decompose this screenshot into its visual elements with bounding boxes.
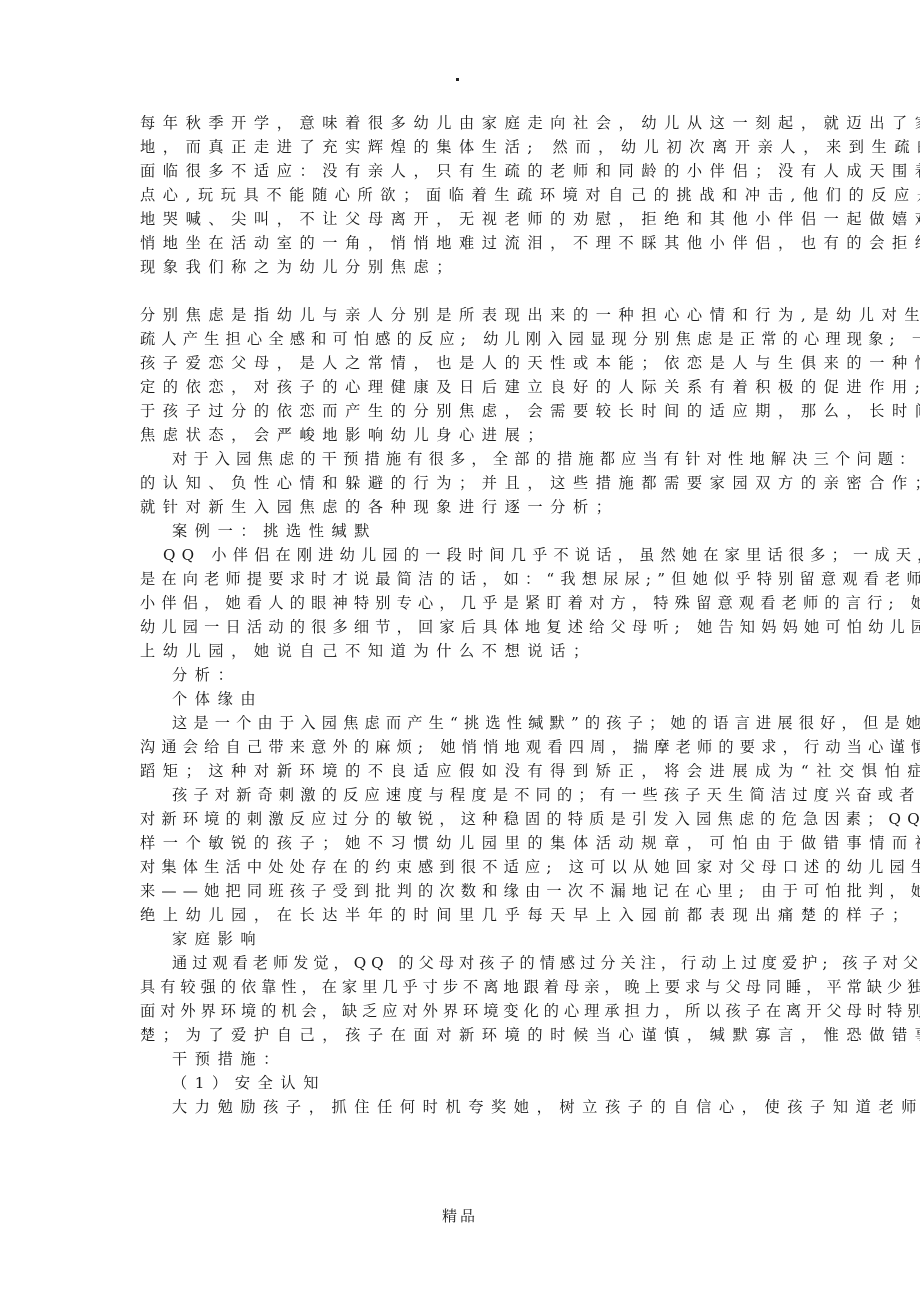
text-line: 通过观看老师发觉，QQ 的父母对孩子的情感过分关注，行动上过度爱护; 孩子对父母: [140, 951, 782, 975]
text-line: 地，而真正走进了充实辉煌的集体生活; 然而，幼儿初次离开亲人，来到生疏的幼儿园，…: [140, 135, 782, 159]
text-line: 这是一个由于入园焦虑而产生“挑选性缄默”的孩子；她的语言进展很好，但是她担忧: [140, 711, 782, 735]
paragraph-case-description: QQ 小伴侣在刚进幼儿园的一段时间几乎不说话，虽然她在家里话很多；一成天，她只 …: [140, 543, 782, 663]
text-line: 现象我们称之为幼儿分别焦虑；: [140, 255, 782, 279]
text-line: 面对外界环境的机会，缺乏应对外界环境变化的心理承担力，所以孩子在离开父母时特别痛: [140, 999, 782, 1023]
document-body: 每年秋季开学，意味着很多幼儿由家庭走向社会，幼儿从这一刻起，就迈出了家庭的狭小天…: [140, 111, 782, 1119]
text-line: 沟通会给自己带来意外的麻烦; 她悄悄地观看四周，揣摩老师的要求，行动当心谨慎，循…: [140, 735, 782, 759]
text-line: 定的依恋，对孩子的心理健康及日后建立良好的人际关系有着积极的促进作用; 但是假如…: [140, 375, 782, 399]
text-line: 分别焦虑是指幼儿与亲人分别是所表现出来的一种担心心情和行为,是幼儿对生疏环境和生: [140, 303, 782, 327]
text-line: 面临很多不适应：没有亲人，只有生疏的老师和同龄的小伴侣；没有人成天围着自己转；吃: [140, 159, 782, 183]
intervention-label: 干预措施：: [140, 1047, 782, 1071]
text-line: 幼儿园一日活动的很多细节，回家后具体地复述给父母听; 她告知妈妈她可怕幼儿园，不…: [140, 615, 782, 639]
text-line: 疏人产生担心全感和可怕感的反应; 幼儿刚入园显现分别焦虑是正常的心理现象; 一般…: [140, 327, 782, 351]
paragraph-definition: 分别焦虑是指幼儿与亲人分别是所表现出来的一种担心心情和行为,是幼儿对生疏环境和生…: [140, 303, 782, 447]
paragraph-family-influence: 通过观看老师发觉，QQ 的父母对孩子的情感过分关注，行动上过度爱护; 孩子对父母…: [140, 951, 782, 1047]
measure-1-text: 大力勉励孩子，抓住任何时机夸奖她，树立孩子的自信心，使孩子知道老师喜爱她；: [140, 1095, 782, 1119]
text-line: 是在向老师提要求时才说最简洁的话，如：“我想尿尿;”但她似乎特别留意观看老师和别…: [140, 567, 782, 591]
text-line: 点心,玩玩具不能随心所欲；面临着生疏环境对自己的挑战和冲击,他们的反应是哭闹，拼…: [140, 183, 782, 207]
text-line: 的认知、负性心情和躲避的行为；并且，这些措施都需要家园双方的亲密合作；下面，笔者: [140, 471, 782, 495]
document-page: 每年秋季开学，意味着很多幼儿由家庭走向社会，幼儿从这一刻起，就迈出了家庭的狭小天…: [0, 0, 920, 1302]
text-line: 就针对新生入园焦虑的各种现象进行逐一分析；: [140, 495, 782, 519]
header-mark: [456, 78, 459, 81]
text-line: 对于入园焦虑的干预措施有很多，全部的措施都应当有针对性地解决三个问题：担心全: [140, 447, 782, 471]
individual-cause-label: 个体缘由: [140, 687, 782, 711]
text-line: 焦虑状态，会严峻地影响幼儿身心进展；: [140, 423, 782, 447]
text-line: 悄地坐在活动室的一角，悄悄地难过流泪，不理不睬其他小伴侣，也有的会拒绝进食; 这…: [140, 231, 782, 255]
analysis-label: 分析：: [140, 663, 782, 687]
text-line: 地哭喊、尖叫，不让父母离开，无视老师的劝慰，拒绝和其他小伴侣一起做嬉戏; 或者会…: [140, 207, 782, 231]
text-line: 蹈矩；这种对新环境的不良适应假如没有得到矫正，将会进展成为“社交惧怕症”；: [140, 759, 782, 783]
text-line: QQ 小伴侣在刚进幼儿园的一段时间几乎不说话，虽然她在家里话很多；一成天，她只: [140, 543, 782, 567]
text-line: 对集体生活中处处存在的约束感到很不适应; 这可以从她回家对父母口述的幼儿园生活看…: [140, 855, 782, 879]
text-line: 孩子爱恋父母，是人之常情，也是人的天性或本能；依恋是人与生俱来的一种情感表现；肯: [140, 351, 782, 375]
paragraph-intro: 每年秋季开学，意味着很多幼儿由家庭走向社会，幼儿从这一刻起，就迈出了家庭的狭小天…: [140, 111, 782, 279]
text-line: 每年秋季开学，意味着很多幼儿由家庭走向社会，幼儿从这一刻起，就迈出了家庭的狭小天: [140, 111, 782, 135]
measure-1-label: （1）安全认知: [140, 1071, 782, 1095]
family-influence-label: 家庭影响: [140, 927, 782, 951]
paragraph-temperament: 孩子对新奇刺激的反应速度与程度是不同的；有一些孩子天生简洁过度兴奋或者退缩， 对…: [140, 783, 782, 927]
footer-label: 精品: [0, 1205, 920, 1226]
case-title: 案例一：挑选性缄默: [140, 519, 782, 543]
text-line: 小伴侣，她看人的眼神特别专心，几乎是紧盯着对方，特殊留意观看老师的言行; 她会记…: [140, 591, 782, 615]
text-line: 于孩子过分的依恋而产生的分别焦虑，会需要较长时间的适应期，那么，长时间处于消极的: [140, 399, 782, 423]
text-line: 对新环境的刺激反应过分的敏锐，这种稳固的特质是引发入园焦虑的危急因素；QQ 就是…: [140, 807, 782, 831]
text-line: 上幼儿园，她说自己不知道为什么不想说话；: [140, 639, 782, 663]
text-line: 楚；为了爱护自己，孩子在面对新环境的时候当心谨慎，缄默寡言，惟恐做错事情；: [140, 1023, 782, 1047]
text-line: 孩子对新奇刺激的反应速度与程度是不同的；有一些孩子天生简洁过度兴奋或者退缩，: [140, 783, 782, 807]
text-line: 具有较强的依靠性，在家里几乎寸步不离地跟着母亲，晚上要求与父母同睡，平常缺少独自: [140, 975, 782, 999]
blank-line: [140, 279, 782, 303]
paragraph-individual-cause: 这是一个由于入园焦虑而产生“挑选性缄默”的孩子；她的语言进展很好，但是她担忧 沟…: [140, 711, 782, 783]
paragraph-intervention-overview: 对于入园焦虑的干预措施有很多，全部的措施都应当有针对性地解决三个问题：担心全 的…: [140, 447, 782, 519]
text-line: 来——她把同班孩子受到批判的次数和缘由一次不漏地记在心里; 由于可怕批判，她开头…: [140, 879, 782, 903]
text-line: 绝上幼儿园，在长达半年的时间里几乎每天早上入园前都表现出痛楚的样子；: [140, 903, 782, 927]
text-line: 样一个敏锐的孩子；她不习惯幼儿园里的集体活动规章，可怕由于做错事情而被老师批判，: [140, 831, 782, 855]
